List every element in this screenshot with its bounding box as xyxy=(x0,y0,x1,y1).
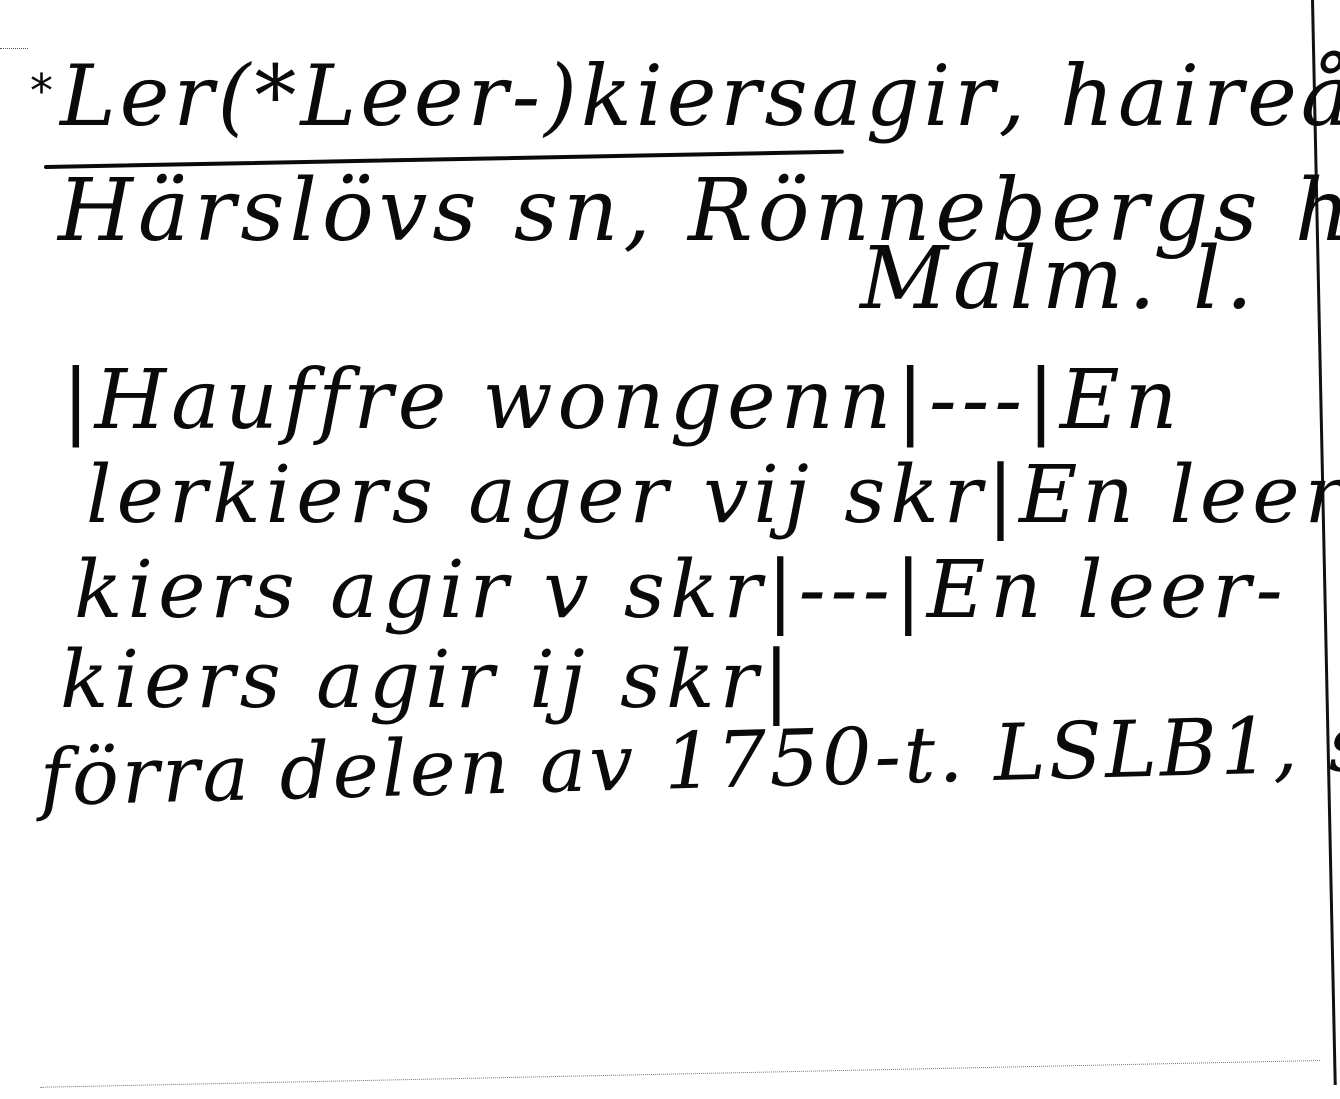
quote-line-4: kiers agir ij skr| xyxy=(60,640,795,720)
asterisk-marker: * xyxy=(30,64,53,118)
quote-line-1: |Hauffre wongenn|---|En xyxy=(62,360,1182,442)
headword: Ler(*Leer-)kiersagir xyxy=(60,54,999,138)
place-line-2: Malm. l. xyxy=(860,236,1258,322)
definition: , haireåker i xyxy=(999,54,1340,138)
card-edge-top-left xyxy=(0,48,28,50)
quote-line-2: lerkiers ager vij skr|En leer- xyxy=(86,455,1340,535)
quote-line-3: kiers agir v skr|---|En leer- xyxy=(74,550,1288,630)
card-edge-bottom xyxy=(40,1060,1320,1089)
headword-line: Ler(*Leer-)kiersagir, haireåker i xyxy=(60,54,1340,138)
archive-card: * Ler(*Leer-)kiersagir, haireåker i Härs… xyxy=(0,0,1340,1099)
